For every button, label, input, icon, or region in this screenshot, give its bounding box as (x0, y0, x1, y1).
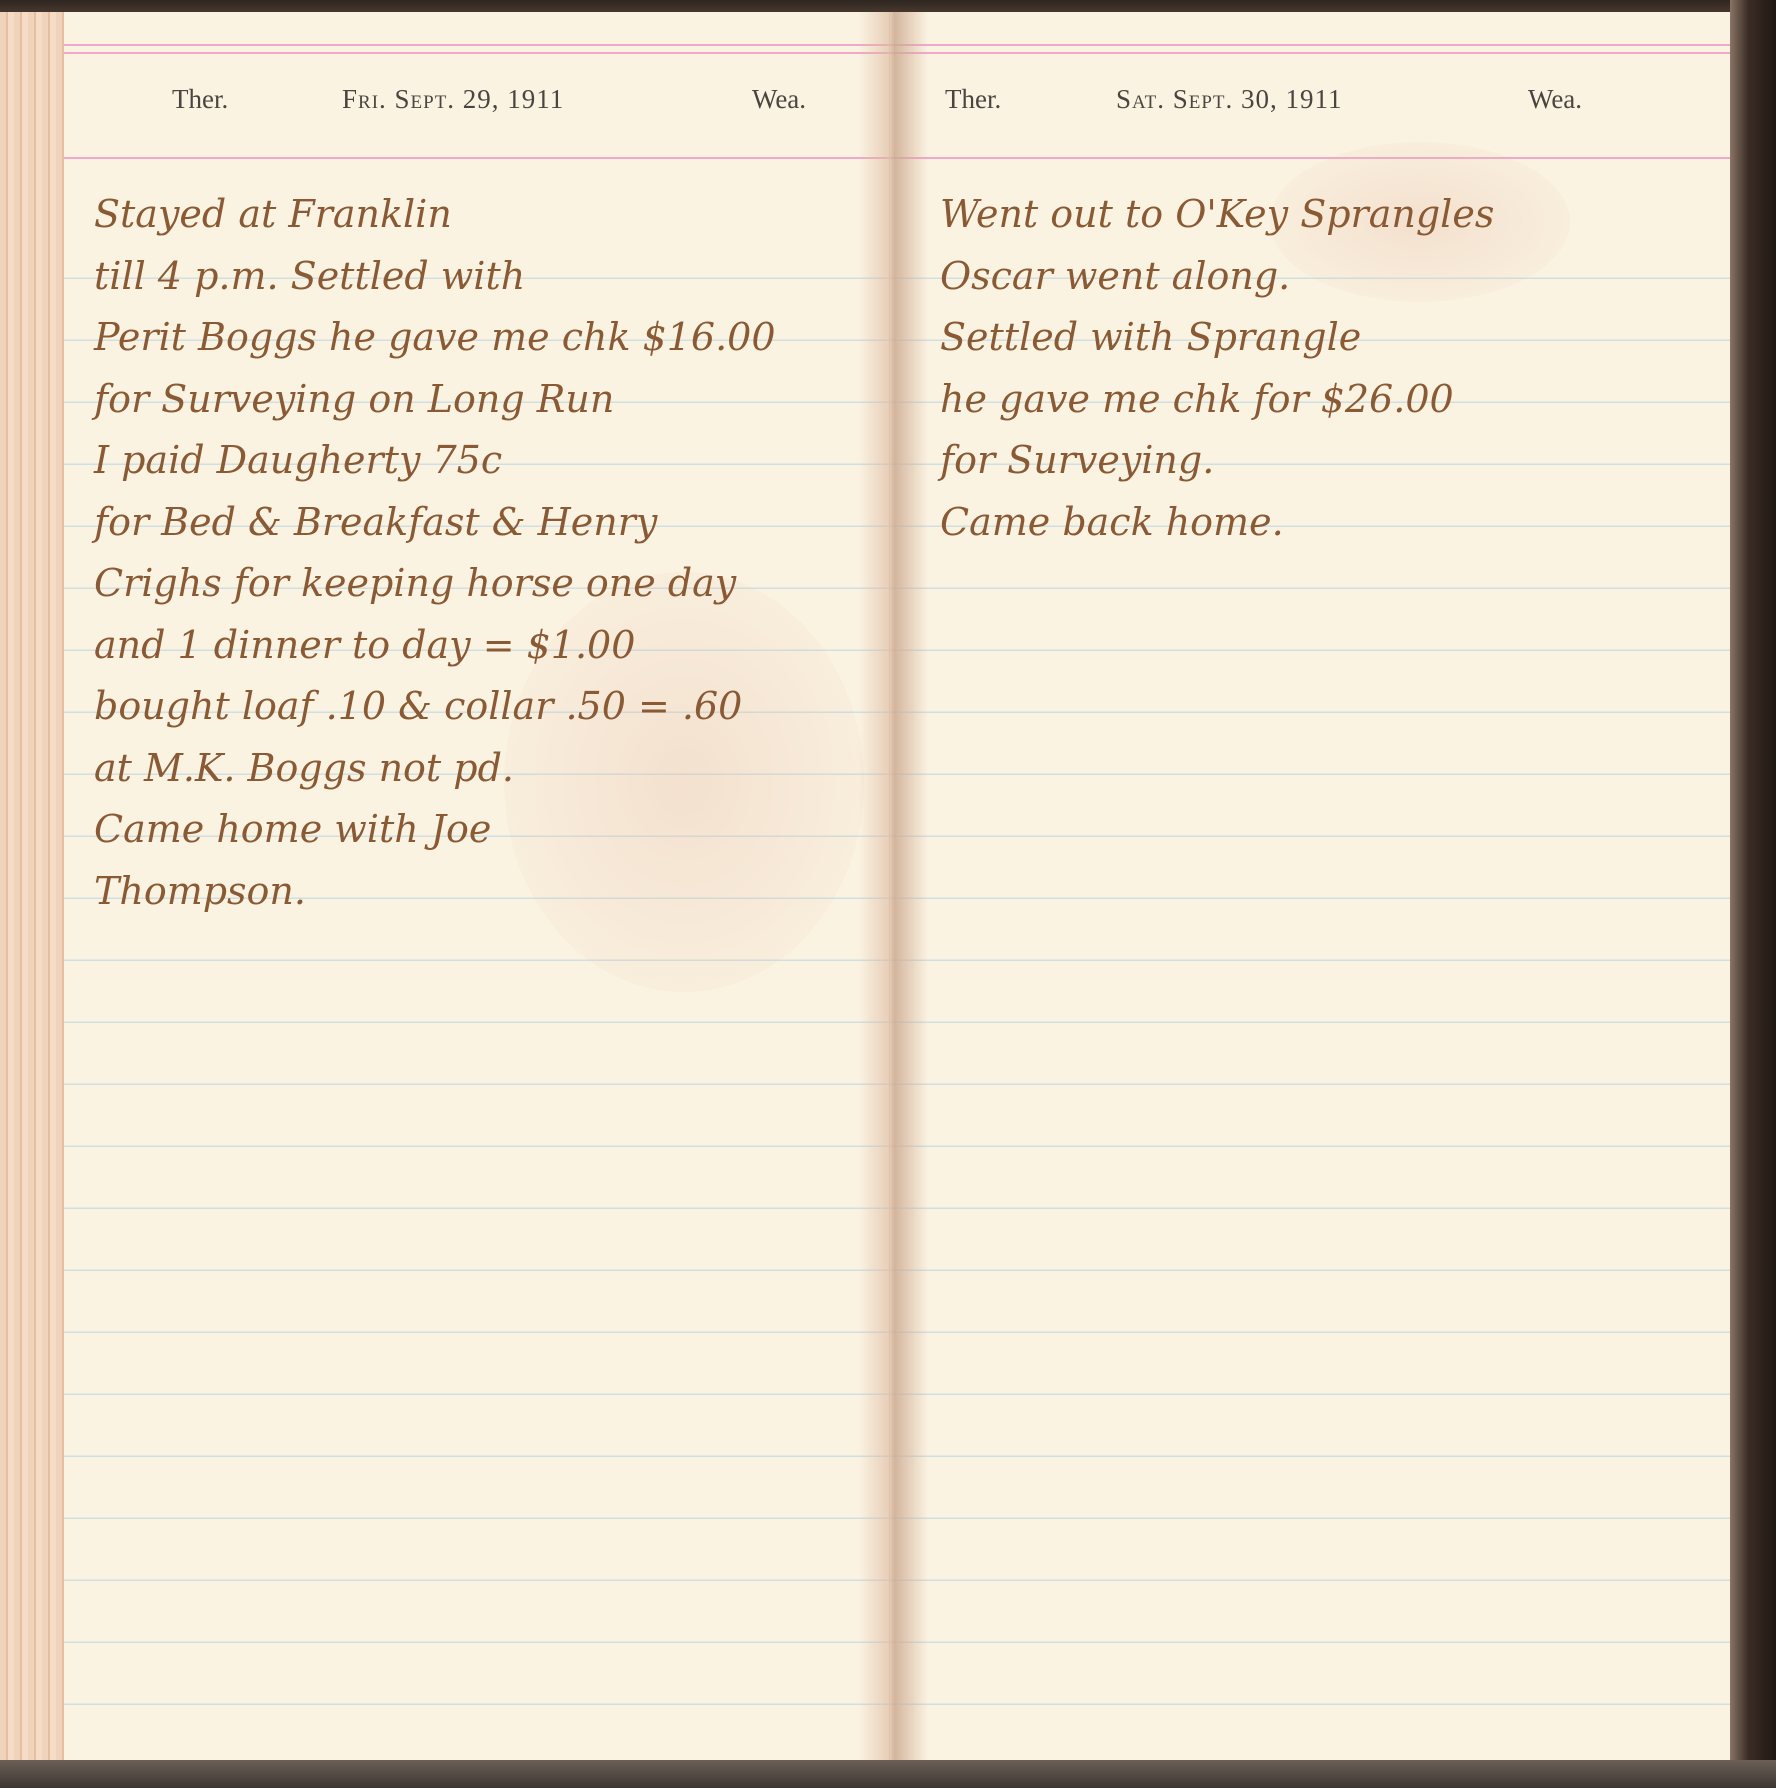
entry-line: Oscar went along. (940, 246, 1494, 308)
diary-entry: Went out to O'Key Sprangles Oscar went a… (940, 184, 1494, 553)
entry-line: Thompson. (94, 861, 776, 923)
header-bottom-rule (890, 157, 1736, 159)
entry-line: and 1 dinner to day = $1.00 (94, 615, 776, 677)
page-stack-edges (0, 12, 70, 1762)
entry-line: at M.K. Boggs not pd. (94, 738, 776, 800)
entry-line: Stayed at Franklin (94, 184, 776, 246)
entry-line: for Bed & Breakfast & Henry (94, 492, 776, 554)
header-double-rule (890, 44, 1736, 54)
thermometer-label: Ther. (945, 84, 1001, 115)
diary-page-right: Ther. Sat. Sept. 30, 1911 Wea. Went out … (890, 12, 1736, 1762)
entry-line: he gave me chk for $26.00 (940, 369, 1494, 431)
entry-line: for Surveying on Long Run (94, 369, 776, 431)
entry-line: Perit Boggs he gave me chk $16.00 (94, 307, 776, 369)
entry-line: Crighs for keeping horse one day (94, 553, 776, 615)
book-bottom-edge (0, 1760, 1776, 1788)
weather-label: Wea. (1528, 84, 1582, 115)
entry-line: for Surveying. (940, 430, 1494, 492)
entry-line: Came home with Joe (94, 799, 776, 861)
header-double-rule (64, 44, 889, 54)
diary-entry: Stayed at Franklin till 4 p.m. Settled w… (94, 184, 776, 922)
entry-line: bought loaf .10 & collar .50 = .60 (94, 676, 776, 738)
page-header: Ther. Fri. Sept. 29, 1911 Wea. (64, 84, 889, 124)
header-bottom-rule (64, 157, 889, 159)
entry-line: Came back home. (940, 492, 1494, 554)
entry-line: till 4 p.m. Settled with (94, 246, 776, 308)
entry-line: I paid Daugherty 75c (94, 430, 776, 492)
entry-line: Went out to O'Key Sprangles (940, 184, 1494, 246)
page-date: Fri. Sept. 29, 1911 (342, 84, 564, 115)
page-header: Ther. Sat. Sept. 30, 1911 Wea. (890, 84, 1736, 124)
weather-label: Wea. (752, 84, 806, 115)
diary-page-left: Ther. Fri. Sept. 29, 1911 Wea. Stayed at… (64, 12, 890, 1762)
thermometer-label: Ther. (172, 84, 228, 115)
book-cover-edge (1730, 0, 1776, 1788)
page-date: Sat. Sept. 30, 1911 (1116, 84, 1343, 115)
entry-line: Settled with Sprangle (940, 307, 1494, 369)
